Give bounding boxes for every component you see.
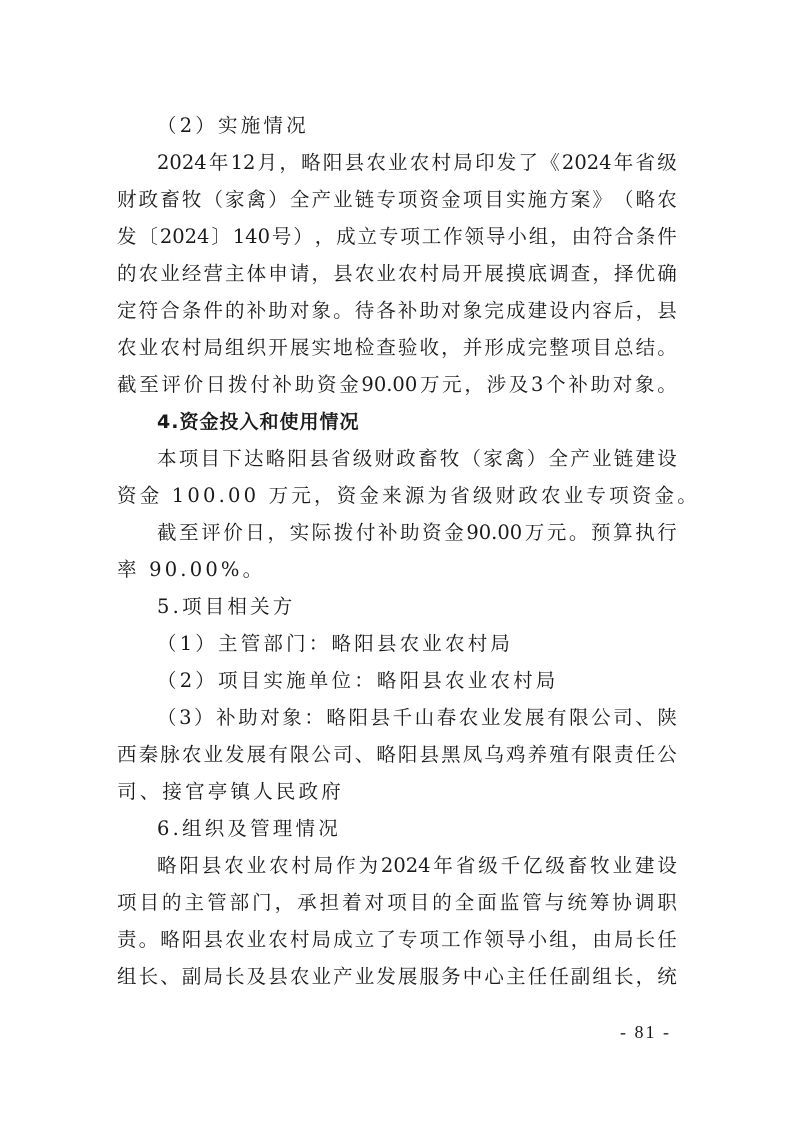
text-line: 组长、副局长及县农业产业发展服务中心主任任副组长，统 bbox=[117, 959, 677, 995]
text-line: 2024年12月，略阳县农业农村局印发了《2024年省级 bbox=[157, 145, 677, 181]
document-page: - 81 - （2）实施情况2024年12月，略阳县农业农村局印发了《2024年… bbox=[0, 0, 793, 1122]
text-line: 责。略阳县农业农村局成立了专项工作领导小组，由局长任 bbox=[117, 922, 677, 958]
text-line: 项目的主管部门，承担着对项目的全面监管与统筹协调职 bbox=[117, 885, 677, 921]
text-line: 本项目下达略阳县省级财政畜牧（家禽）全产业链建设 bbox=[157, 441, 677, 477]
text-line: 率 90.00%。 bbox=[117, 552, 677, 588]
text-line: （2）项目实施单位：略阳县农业农村局 bbox=[157, 663, 677, 699]
text-line: 的农业经营主体申请，县农业农村局开展摸底调查，择优确 bbox=[117, 256, 677, 292]
page-number: - 81 - bbox=[620, 1022, 671, 1043]
text-line: 发〔2024〕140号），成立专项工作领导小组，由符合条件 bbox=[117, 219, 677, 255]
text-line: 略阳县农业农村局作为2024年省级千亿级畜牧业建设 bbox=[157, 848, 677, 884]
text-line: 农业农村局组织开展实地检查验收，并形成完整项目总结。 bbox=[117, 330, 677, 366]
text-line: 截至评价日拨付补助资金90.00万元，涉及3个补助对象。 bbox=[117, 367, 677, 403]
text-line: 6.组织及管理情况 bbox=[157, 811, 677, 847]
text-line: （2）实施情况 bbox=[157, 108, 677, 144]
text-line: 5.项目相关方 bbox=[157, 589, 677, 625]
text-line: （3）补助对象：略阳县千山春农业发展有限公司、陕 bbox=[157, 700, 677, 736]
text-line: （1）主管部门：略阳县农业农村局 bbox=[157, 626, 677, 662]
text-line: 西秦脉农业发展有限公司、略阳县黑凤乌鸡养殖有限责任公 bbox=[117, 737, 677, 773]
section-heading: 4.资金投入和使用情况 bbox=[157, 404, 677, 440]
text-line: 财政畜牧（家禽）全产业链专项资金项目实施方案》（略农 bbox=[117, 182, 677, 218]
text-line: 定符合条件的补助对象。待各补助对象完成建设内容后，县 bbox=[117, 293, 677, 329]
text-line: 截至评价日，实际拨付补助资金90.00万元。预算执行 bbox=[157, 515, 677, 551]
text-line: 资金 100.00 万元，资金来源为省级财政农业专项资金。 bbox=[117, 478, 677, 514]
text-line: 司、接官亭镇人民政府 bbox=[117, 774, 677, 810]
